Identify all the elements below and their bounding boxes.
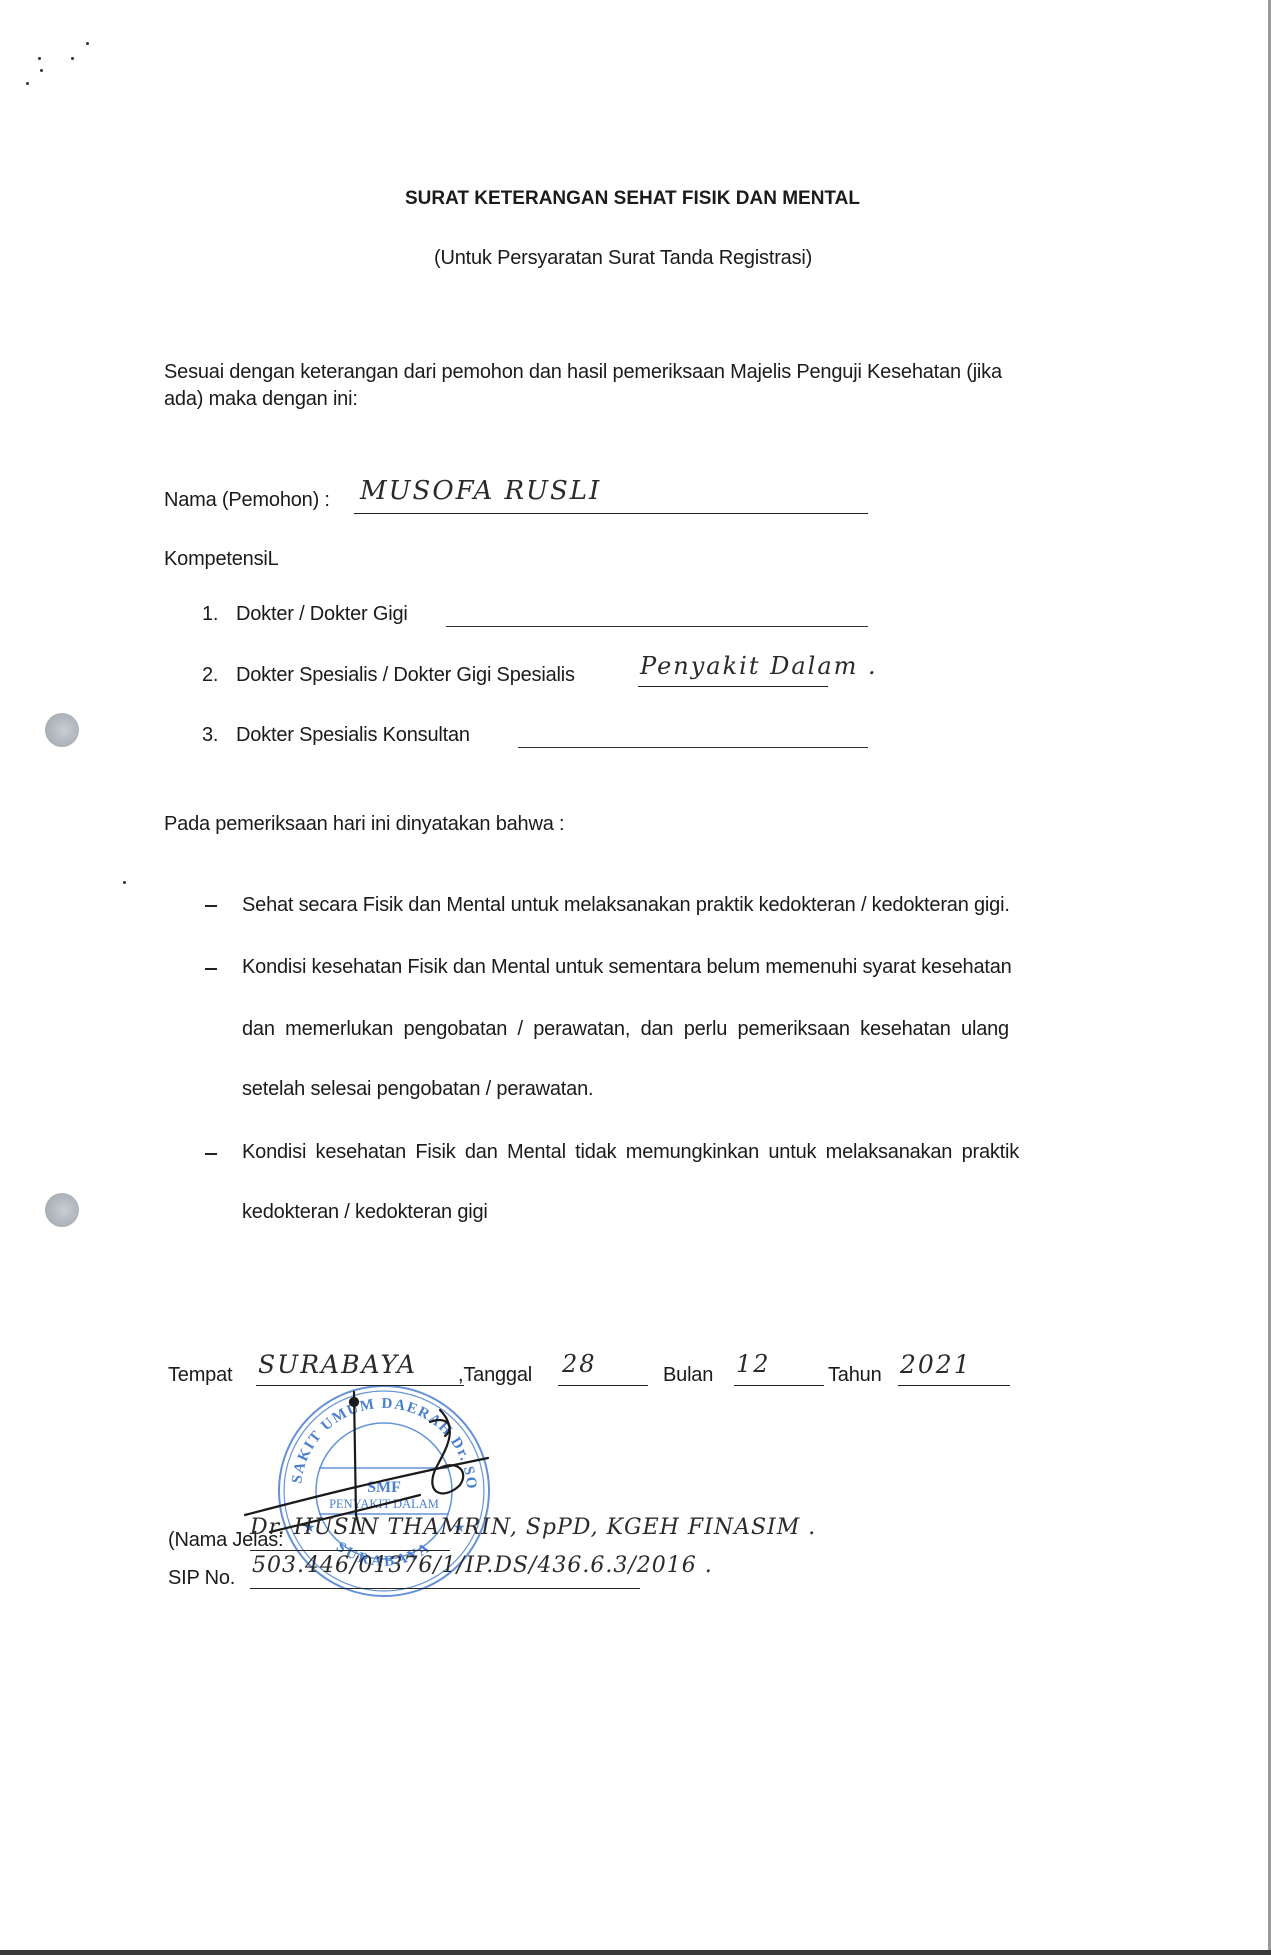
- competency-item-number: 2.: [202, 663, 218, 687]
- sip-underline: [250, 1588, 640, 1589]
- year-underline: [898, 1385, 1010, 1386]
- scan-speck: [38, 57, 41, 60]
- place-label: Tempat: [168, 1363, 232, 1387]
- place-value[interactable]: SURABAYA: [258, 1350, 417, 1379]
- statement-healthy: Sehat secara Fisik dan Mental untuk mela…: [242, 893, 1010, 917]
- year-value[interactable]: 2021: [900, 1350, 972, 1379]
- statement-unfit-line-2: kedokteran / kedokteran gigi: [242, 1200, 488, 1224]
- scan-speck: [40, 69, 43, 72]
- statement-intro: Pada pemeriksaan hari ini dinyatakan bah…: [164, 812, 564, 836]
- document-subtitle: (Untuk Persyaratan Surat Tanda Registras…: [434, 246, 812, 270]
- scan-speck: [71, 57, 74, 60]
- scan-speck: [123, 881, 126, 884]
- applicant-name-underline: [354, 513, 868, 514]
- statement-temporary-line-3: setelah selesai pengobatan / perawatan.: [242, 1077, 593, 1101]
- month-label: Bulan: [663, 1363, 713, 1387]
- scan-speck: [26, 82, 29, 85]
- statement-temporary-line-1: Kondisi kesehatan Fisik dan Mental untuk…: [242, 955, 1012, 979]
- scan-edge-bottom: [0, 1950, 1271, 1955]
- month-underline: [734, 1385, 824, 1386]
- intro-text-line-2: ada) maka dengan ini:: [164, 387, 358, 411]
- applicant-name-label: Nama (Pemohon) :: [164, 488, 330, 512]
- punch-hole-bottom: [45, 1193, 79, 1227]
- bullet-dash: [205, 1153, 217, 1155]
- competency-consultant-blank[interactable]: [518, 747, 868, 748]
- competency-item-specialist: Dokter Spesialis / Dokter Gigi Spesialis: [236, 663, 575, 687]
- month-value[interactable]: 12: [736, 1350, 771, 1378]
- bullet-dash: [205, 905, 217, 907]
- day-label: ,Tanggal: [458, 1363, 532, 1387]
- competency-label: KompetensiL: [164, 547, 279, 571]
- intro-text-line-1: Sesuai dengan keterangan dari pemohon da…: [164, 360, 1002, 384]
- statement-unfit-line-1: Kondisi kesehatan Fisik dan Mental tidak…: [242, 1140, 1019, 1164]
- day-underline: [558, 1385, 648, 1386]
- applicant-name-value[interactable]: MUSOFA RUSLI: [360, 476, 601, 506]
- document-title: SURAT KETERANGAN SEHAT FISIK DAN MENTAL: [405, 188, 860, 210]
- competency-item-general: Dokter / Dokter Gigi: [236, 602, 408, 626]
- sip-value[interactable]: 503.446/01376/1/IP.DS/436.6.3/2016 .: [252, 1553, 713, 1578]
- day-value[interactable]: 28: [562, 1350, 597, 1378]
- scan-speck: [86, 42, 89, 45]
- sip-label: SIP No.: [168, 1566, 235, 1590]
- competency-specialist-value[interactable]: Penyakit Dalam .: [640, 652, 878, 680]
- competency-item-consultant: Dokter Spesialis Konsultan: [236, 723, 470, 747]
- competency-general-blank[interactable]: [446, 626, 868, 627]
- year-label: Tahun: [828, 1363, 882, 1387]
- competency-specialist-underline: [638, 686, 828, 687]
- place-underline: [256, 1385, 464, 1386]
- statement-temporary-line-2: dan memerlukan pengobatan / perawatan, d…: [242, 1017, 1009, 1041]
- competency-item-number: 3.: [202, 723, 218, 747]
- punch-hole-top: [45, 713, 79, 747]
- signer-name-underline: [250, 1550, 450, 1551]
- signer-name-value[interactable]: Dr. HUSIN THAMRIN, SpPD, KGEH FINASIM .: [250, 1515, 816, 1540]
- competency-item-number: 1.: [202, 602, 218, 626]
- bullet-dash: [205, 968, 217, 970]
